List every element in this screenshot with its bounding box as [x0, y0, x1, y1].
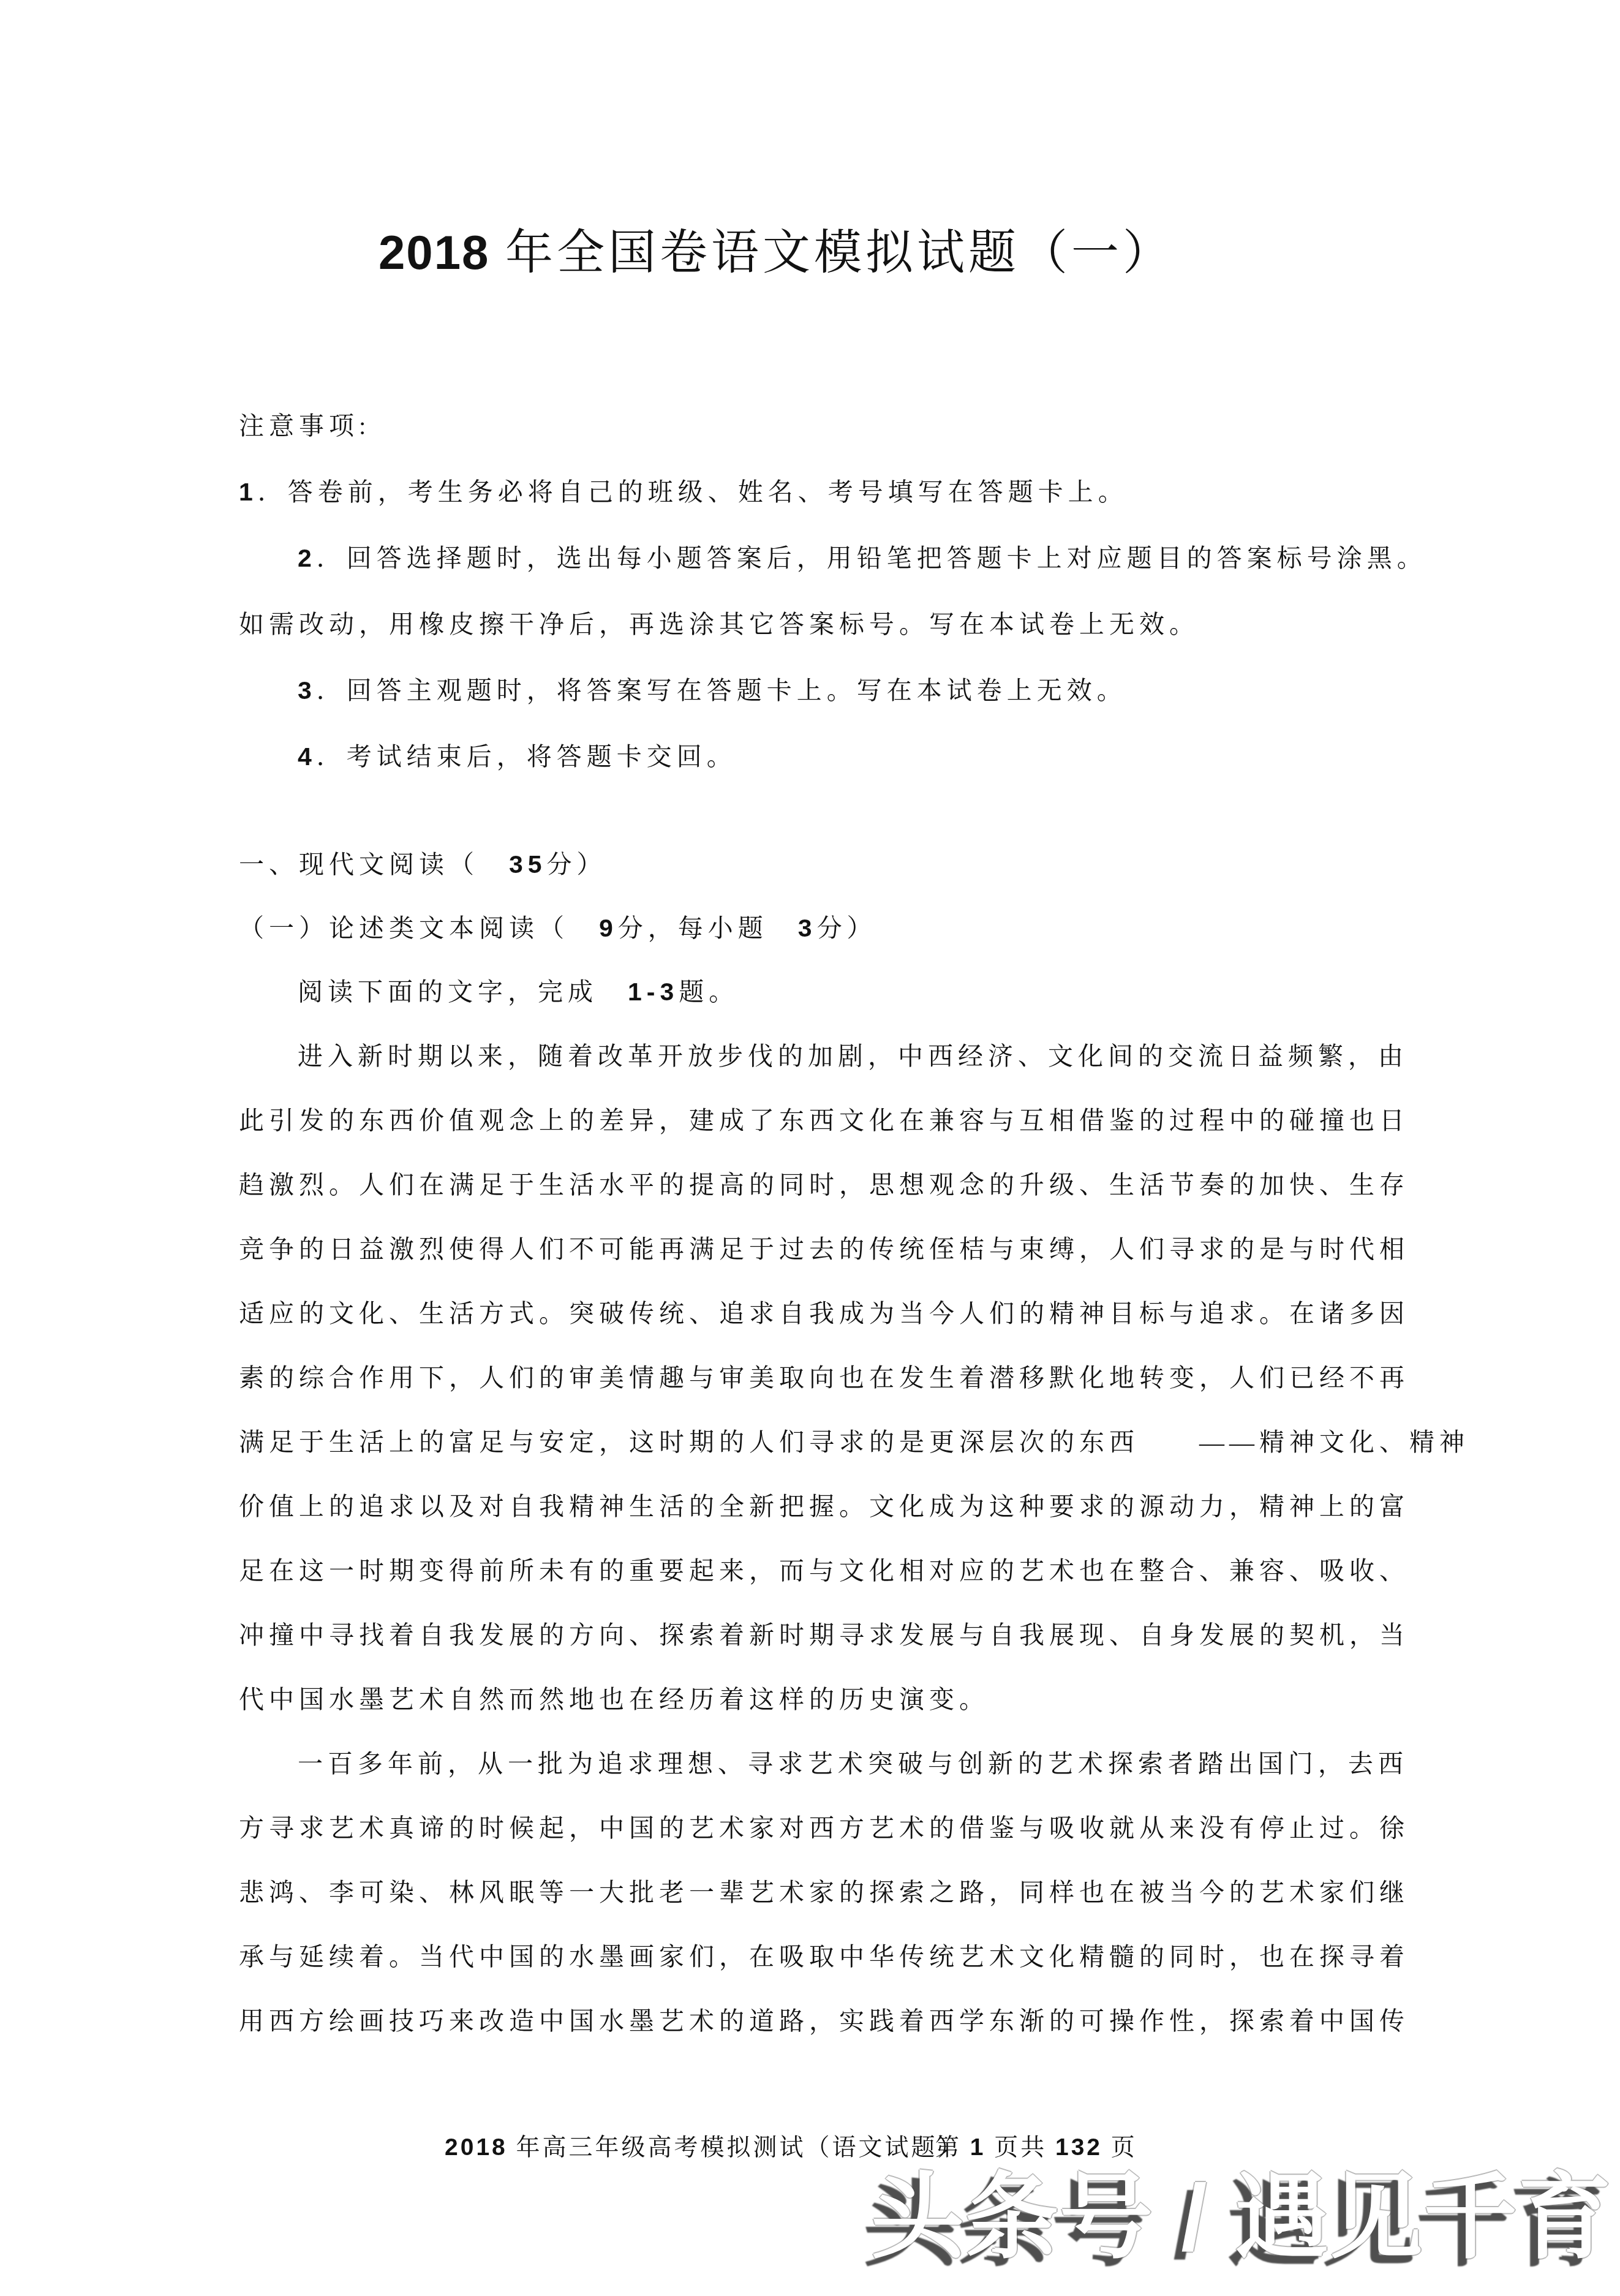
watermark-text: 头条号 / 遇见千育 — [871, 2167, 1613, 2268]
text-line: 4．考试结束后，将答题卡交回。 — [239, 723, 1406, 790]
text-line: 素的综合作用下，人们的审美情趣与审美取向也在发生着潜移默化地转变，人们已经不再 — [239, 1346, 1406, 1410]
text-run: 趋激烈。人们在满足于生活水平的提高的同时，思想观念的升级、生活节奏的加快、生存 — [239, 1171, 1409, 1199]
number-run: 3 — [298, 676, 317, 704]
text-line: 足在这一时期变得前所未有的重要起来，而与文化相对应的艺术也在整合、兼容、吸收、 — [239, 1539, 1406, 1603]
page-title: 2018 年全国卷语文模拟试题（一） — [239, 216, 1406, 290]
text-line: 1．答卷前，考生务必将自己的班级、姓名、考号填写在答题卡上。 — [239, 459, 1406, 525]
text-line: 如需改动，用橡皮擦干净后，再选涂其它答案标号。写在本试卷上无效。 — [239, 591, 1406, 657]
number-run: 1-3 — [628, 978, 679, 1006]
text-run: 如需改动，用橡皮擦干净后，再选涂其它答案标号。写在本试卷上无效。 — [239, 610, 1199, 638]
number-run: 3 — [798, 914, 817, 942]
text-line: 方寻求艺术真谛的时候起，中国的艺术家对西方艺术的借鉴与吸收就从来没有停止过。徐 — [239, 1796, 1406, 1860]
text-run: 分） — [547, 850, 607, 878]
text-line: 阅读下面的文字，完成 1-3题。 — [239, 960, 1406, 1024]
title-text: 年全国卷语文模拟试题（一） — [490, 226, 1175, 279]
number-run: 132 — [1055, 2134, 1102, 2161]
reading-passage: 阅读下面的文字，完成 1-3题。进入新时期以来，随着改革开放步伐的加剧，中西经济… — [239, 960, 1406, 2053]
text-line: 此引发的东西价值观念上的差异，建成了东西文化在兼容与互相借鉴的过程中的碰撞也日 — [239, 1089, 1406, 1153]
text-run: 适应的文化、生活方式。突破传统、追求自我成为当今人们的精神目标与追求。在诸多因 — [239, 1299, 1409, 1327]
text-run: 冲撞中寻找着自我发展的方向、探索着新时期寻求发展与自我展现、自身发展的契机，当 — [239, 1621, 1409, 1649]
text-run: 年高三年级高考模拟测试（语文试题） — [508, 2134, 964, 2161]
text-run: 页共 — [985, 2134, 1055, 2161]
title-year: 2018 — [379, 225, 490, 279]
text-run: 题。 — [679, 978, 739, 1006]
text-run: 满足于生活上的富足与安定，这时期的人们寻求的是更深层次的东西 ——精神文化、精神 — [239, 1428, 1469, 1456]
text-line: 满足于生活上的富足与安定，这时期的人们寻求的是更深层次的东西 ——精神文化、精神 — [239, 1410, 1406, 1475]
text-line: 3．回答主观题时，将答案写在答题卡上。写在本试卷上无效。 — [239, 657, 1406, 723]
text-run: 分，每小题 — [618, 914, 798, 942]
text-run: 方寻求艺术真谛的时候起，中国的艺术家对西方艺术的借鉴与吸收就从来没有停止过。徐 — [239, 1814, 1409, 1842]
text-run: （一）论述类文本阅读（ — [239, 914, 599, 942]
text-line: 悲鸿、李可染、林风眠等一大批老一辈艺术家的探索之路，同样也在被当今的艺术家们继 — [239, 1860, 1406, 1925]
number-run: 1 — [970, 2134, 986, 2161]
text-run: ．回答主观题时，将答案写在答题卡上。写在本试卷上无效。 — [317, 676, 1127, 704]
text-line: 趋激烈。人们在满足于生活水平的提高的同时，思想观念的升级、生活节奏的加快、生存 — [239, 1153, 1406, 1217]
footer-page-number: 第 1 页共 132 页 — [935, 2131, 1137, 2165]
text-line: 竞争的日益激烈使得人们不可能再满足于过去的传统侄桔与束缚，人们寻求的是与时代相 — [239, 1217, 1406, 1282]
section-headings: 一、现代文阅读（ 35分）（一）论述类文本阅读（ 9分，每小题 3分） — [239, 833, 1406, 960]
text-line: 进入新时期以来，随着改革开放步伐的加剧，中西经济、文化间的交流日益频繁，由 — [239, 1024, 1406, 1089]
text-line: 2．回答选择题时，选出每小题答案后，用铅笔把答题卡上对应题目的答案标号涂黑。 — [239, 525, 1406, 591]
text-run: 分） — [817, 914, 877, 942]
text-line: 注意事项: — [239, 393, 1406, 459]
notice-section: 注意事项:1．答卷前，考生务必将自己的班级、姓名、考号填写在答题卡上。2．回答选… — [239, 393, 1406, 790]
number-run: 2 — [298, 544, 317, 572]
text-run: 足在这一时期变得前所未有的重要起来，而与文化相对应的艺术也在整合、兼容、吸收、 — [239, 1557, 1409, 1585]
text-run: 代中国水墨艺术自然而然地也在经历着这样的历史演变。 — [239, 1685, 989, 1713]
text-run: 价值上的追求以及对自我精神生活的全新把握。文化成为这种要求的源动力，精神上的富 — [239, 1492, 1409, 1520]
number-run: 1 — [239, 478, 258, 506]
number-run: 2018 — [445, 2134, 508, 2161]
text-line: 适应的文化、生活方式。突破传统、追求自我成为当今人们的精神目标与追求。在诸多因 — [239, 1282, 1406, 1346]
number-run: 4 — [298, 742, 317, 771]
text-run: 承与延续着。当代中国的水墨画家们，在吸取中华传统艺术文化精髓的同时，也在探寻着 — [239, 1943, 1409, 1971]
text-run: 页 — [1102, 2134, 1137, 2161]
text-run: 悲鸿、李可染、林风眠等一大批老一辈艺术家的探索之路，同样也在被当今的艺术家们继 — [239, 1878, 1409, 1906]
text-run: ．考试结束后，将答题卡交回。 — [317, 742, 737, 771]
number-run: 35 — [509, 850, 547, 878]
text-run: 用西方绘画技巧来改造中国水墨艺术的道路，实践着西学东渐的可操作性，探索着中国传 — [239, 2007, 1409, 2035]
text-run: ．回答选择题时，选出每小题答案后，用铅笔把答题卡上对应题目的答案标号涂黑。 — [317, 544, 1427, 572]
text-run: 阅读下面的文字，完成 — [298, 978, 628, 1006]
page-content: 2018 年全国卷语文模拟试题（一） 注意事项:1．答卷前，考生务必将自己的班级… — [239, 0, 1406, 2053]
text-line: 代中国水墨艺术自然而然地也在经历着这样的历史演变。 — [239, 1667, 1406, 1732]
text-run: 第 — [935, 2134, 970, 2161]
text-run: 一、现代文阅读（ — [239, 850, 509, 878]
text-run: 注意事项: — [239, 412, 371, 440]
text-line: 冲撞中寻找着自我发展的方向、探索着新时期寻求发展与自我展现、自身发展的契机，当 — [239, 1603, 1406, 1667]
text-line: 用西方绘画技巧来改造中国水墨艺术的道路，实践着西学东渐的可操作性，探索着中国传 — [239, 1989, 1406, 2053]
number-run: 9 — [599, 914, 618, 942]
text-line: （一）论述类文本阅读（ 9分，每小题 3分） — [239, 896, 1406, 960]
text-run: 竞争的日益激烈使得人们不可能再满足于过去的传统侄桔与束缚，人们寻求的是与时代相 — [239, 1235, 1409, 1263]
text-line: 价值上的追求以及对自我精神生活的全新把握。文化成为这种要求的源动力，精神上的富 — [239, 1475, 1406, 1539]
text-line: 一、现代文阅读（ 35分） — [239, 833, 1406, 896]
text-run: 素的综合作用下，人们的审美情趣与审美取向也在发生着潜移默化地转变，人们已经不再 — [239, 1364, 1409, 1392]
footer-exam-label: 2018 年高三年级高考模拟测试（语文试题） — [445, 2131, 964, 2165]
text-run: 此引发的东西价值观念上的差异，建成了东西文化在兼容与互相借鉴的过程中的碰撞也日 — [239, 1106, 1409, 1135]
exam-paper-page: 2018 年全国卷语文模拟试题（一） 注意事项:1．答卷前，考生务必将自己的班级… — [0, 0, 1620, 2296]
text-run: 一百多年前，从一批为追求理想、寻求艺术突破与创新的艺术探索者踏出国门，去西 — [298, 1750, 1408, 1778]
text-line: 承与延续着。当代中国的水墨画家们，在吸取中华传统艺术文化精髓的同时，也在探寻着 — [239, 1925, 1406, 1989]
text-run: 进入新时期以来，随着改革开放步伐的加剧，中西经济、文化间的交流日益频繁，由 — [298, 1042, 1408, 1070]
text-run: ．答卷前，考生务必将自己的班级、姓名、考号填写在答题卡上。 — [258, 478, 1128, 506]
text-line: 一百多年前，从一批为追求理想、寻求艺术突破与创新的艺术探索者踏出国门，去西 — [239, 1732, 1406, 1796]
